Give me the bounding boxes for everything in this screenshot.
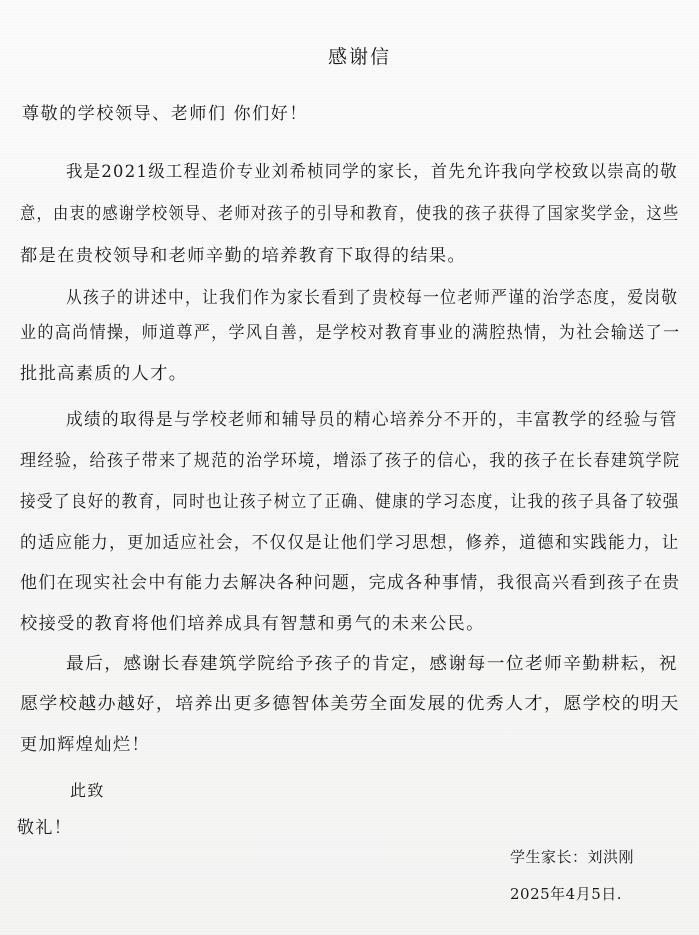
paragraph-3-line-1: 成绩的取得是与学校老师和辅导员的精心培养分不开的，丰富教学的经验与管 <box>66 412 678 429</box>
paragraph-2-line-2: 业的高尚情操，师道尊严，学风自善，是学校对教育事业的满腔热情，为社会输送了一 <box>20 325 680 342</box>
closing-salutation: 此致 <box>70 783 105 799</box>
paragraph-1-line-1: 我是2021级工程造价专业刘希桢同学的家长，首先允许我向学校致以崇高的敬 <box>66 164 678 181</box>
paragraph-3-line-3: 接受了良好的教育，同时也让孩子树立了正确、健康的学习态度，让我的孩子具备了较强 <box>20 494 680 511</box>
paragraph-1-line-2: 意，由衷的感谢学校领导、老师对孩子的引导和教育，使我的孩子获得了国家奖学金，这些 <box>20 206 679 223</box>
closing-regards: 敬礼！ <box>17 820 72 837</box>
letter-title: 感谢信 <box>0 42 699 69</box>
paragraph-3-line-4: 的适应能力，更加适应社会，不仅仅是让他们学习思想，修养，道德和实践能力，让 <box>20 535 680 552</box>
paragraph-4-line-3: 更加辉煌灿烂！ <box>20 737 150 754</box>
paragraph-4-line-1: 最后，感谢长春建筑学院给予孩子的肯定，感谢每一位老师辛勤耕耘，祝 <box>66 656 678 673</box>
paragraph-2-line-3: 批批高素质的人才。 <box>20 366 187 383</box>
letter-greeting: 尊敬的学校领导、老师们 你们好！ <box>22 106 308 123</box>
paragraph-3-line-2: 理经验，给孩子带来了规范的治学环境，增添了孩子的信心，我的孩子在长春建筑学院 <box>20 453 680 470</box>
paragraph-4-line-2: 愿学校越办越好，培养出更多德智体美劳全面发展的优秀人才，愿学校的明天 <box>20 696 680 713</box>
signature-date: 2025年4月5日. <box>510 887 622 902</box>
paragraph-2-line-1: 从孩子的讲述中，让我们作为家长看到了贵校每一位老师严谨的治学态度，爱岗敬 <box>66 290 678 307</box>
paragraph-1-line-3: 都是在贵校领导和老师辛勤的培养教育下取得的结果。 <box>20 248 466 265</box>
paragraph-3-line-6: 校接受的教育将他们培养成具有智慧和勇气的未来公民。 <box>20 616 485 633</box>
paragraph-3-line-5: 他们在现实社会中有能力去解决各种问题，完成各种事情，我很高兴看到孩子在贵 <box>20 575 680 592</box>
signature-name: 学生家长：刘洪刚 <box>510 850 634 865</box>
